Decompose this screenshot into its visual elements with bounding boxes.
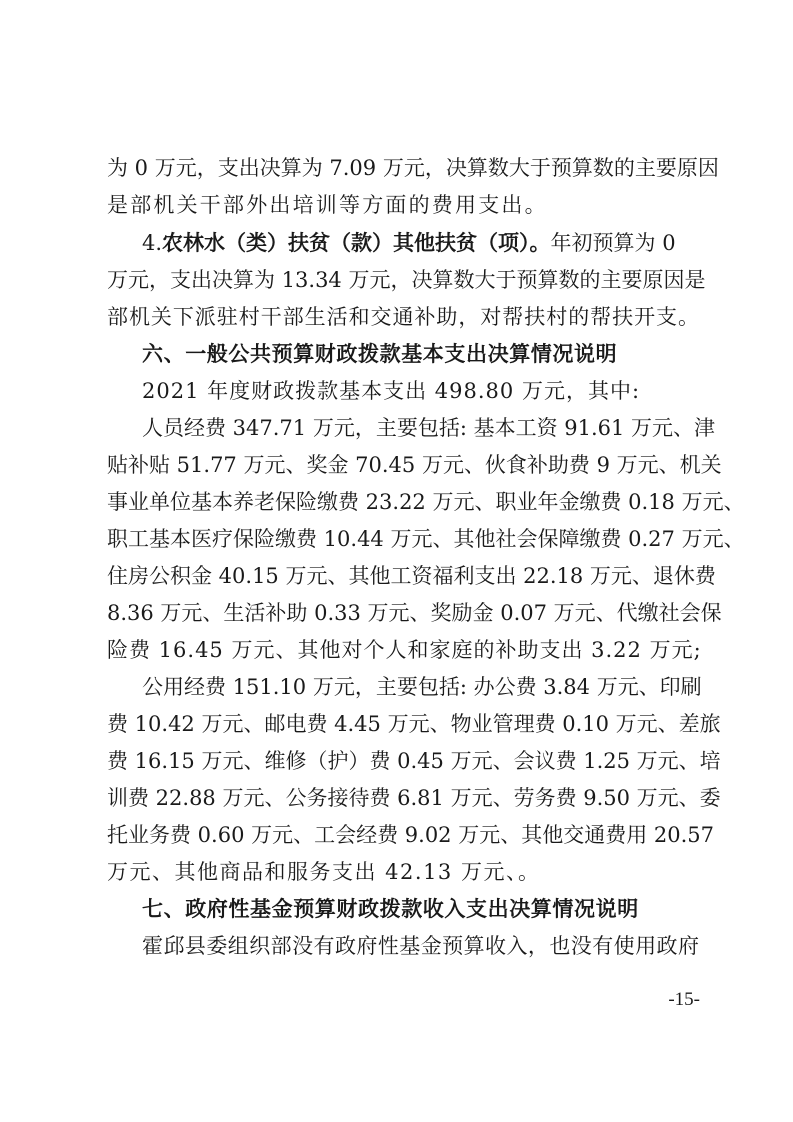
paragraph-line: 为 0 万元，支出决算为 7.09 万元，决算数大于预算数的主要原因 <box>107 153 699 183</box>
section-heading-7: 七、政府性基金预算财政拨款收入支出决算情况说明 <box>142 894 699 924</box>
paragraph-line: 费 10.42 万元、邮电费 4.45 万元、物业管理费 0.10 万元、差旅 <box>107 709 699 739</box>
item-text: 年初预算为 0 <box>551 231 676 255</box>
subsection-item-4: 4.农林水（类）扶贫（款）其他扶贫（项）。年初预算为 0 <box>142 228 699 258</box>
document-page: 为 0 万元，支出决算为 7.09 万元，决算数大于预算数的主要原因 是部机关干… <box>0 0 793 1122</box>
paragraph-line: 人员经费 347.71 万元，主要包括: 基本工资 91.61 万元、津 <box>142 413 699 443</box>
paragraph-line: 万元，支出决算为 13.34 万元，决算数大于预算数的主要原因是 <box>107 265 699 295</box>
paragraph-line: 费 16.15 万元、维修（护）费 0.45 万元、会议费 1.25 万元、培 <box>107 746 699 776</box>
paragraph-line: 公用经费 151.10 万元，主要包括: 办公费 3.84 万元、印刷 <box>142 672 699 702</box>
paragraph-line: 贴补贴 51.77 万元、奖金 70.45 万元、伙食补助费 9 万元、机关 <box>107 450 699 480</box>
item-heading-bold: 农林水（类）扶贫（款）其他扶贫（项）。 <box>162 231 551 255</box>
item-number: 4. <box>142 231 162 255</box>
paragraph-line: 8.36 万元、生活补助 0.33 万元、奖励金 0.07 万元、代缴社会保 <box>107 598 699 628</box>
section-heading-6: 六、一般公共预算财政拨款基本支出决算情况说明 <box>142 339 699 369</box>
page-number: -15- <box>640 987 700 1013</box>
paragraph-line: 托业务费 0.60 万元、工会经费 9.02 万元、其他交通费用 20.57 <box>107 820 699 850</box>
paragraph-line: 部机关下派驻村干部生活和交通补助，对帮扶村的帮扶开支。 <box>107 302 699 332</box>
paragraph-line: 训费 22.88 万元、公务接待费 6.81 万元、劳务费 9.50 万元、委 <box>107 783 699 813</box>
paragraph-line: 险费 16.45 万元、其他对个人和家庭的补助支出 3.22 万元; <box>107 635 699 665</box>
paragraph-line: 事业单位基本养老保险缴费 23.22 万元、职业年金缴费 0.18 万元、 <box>107 487 699 517</box>
paragraph-line: 万元、其他商品和服务支出 42.13 万元、。 <box>107 857 699 887</box>
paragraph-line: 职工基本医疗保险缴费 10.44 万元、其他社会保障缴费 0.27 万元、 <box>107 524 699 554</box>
paragraph-line: 是部机关干部外出培训等方面的费用支出。 <box>107 190 699 220</box>
paragraph-line: 2021 年度财政拨款基本支出 498.80 万元，其中: <box>142 376 699 406</box>
paragraph-line: 霍邱县委组织部没有政府性基金预算收入，也没有使用政府 <box>142 931 699 961</box>
paragraph-line: 住房公积金 40.15 万元、其他工资福利支出 22.18 万元、退休费 <box>107 561 699 591</box>
